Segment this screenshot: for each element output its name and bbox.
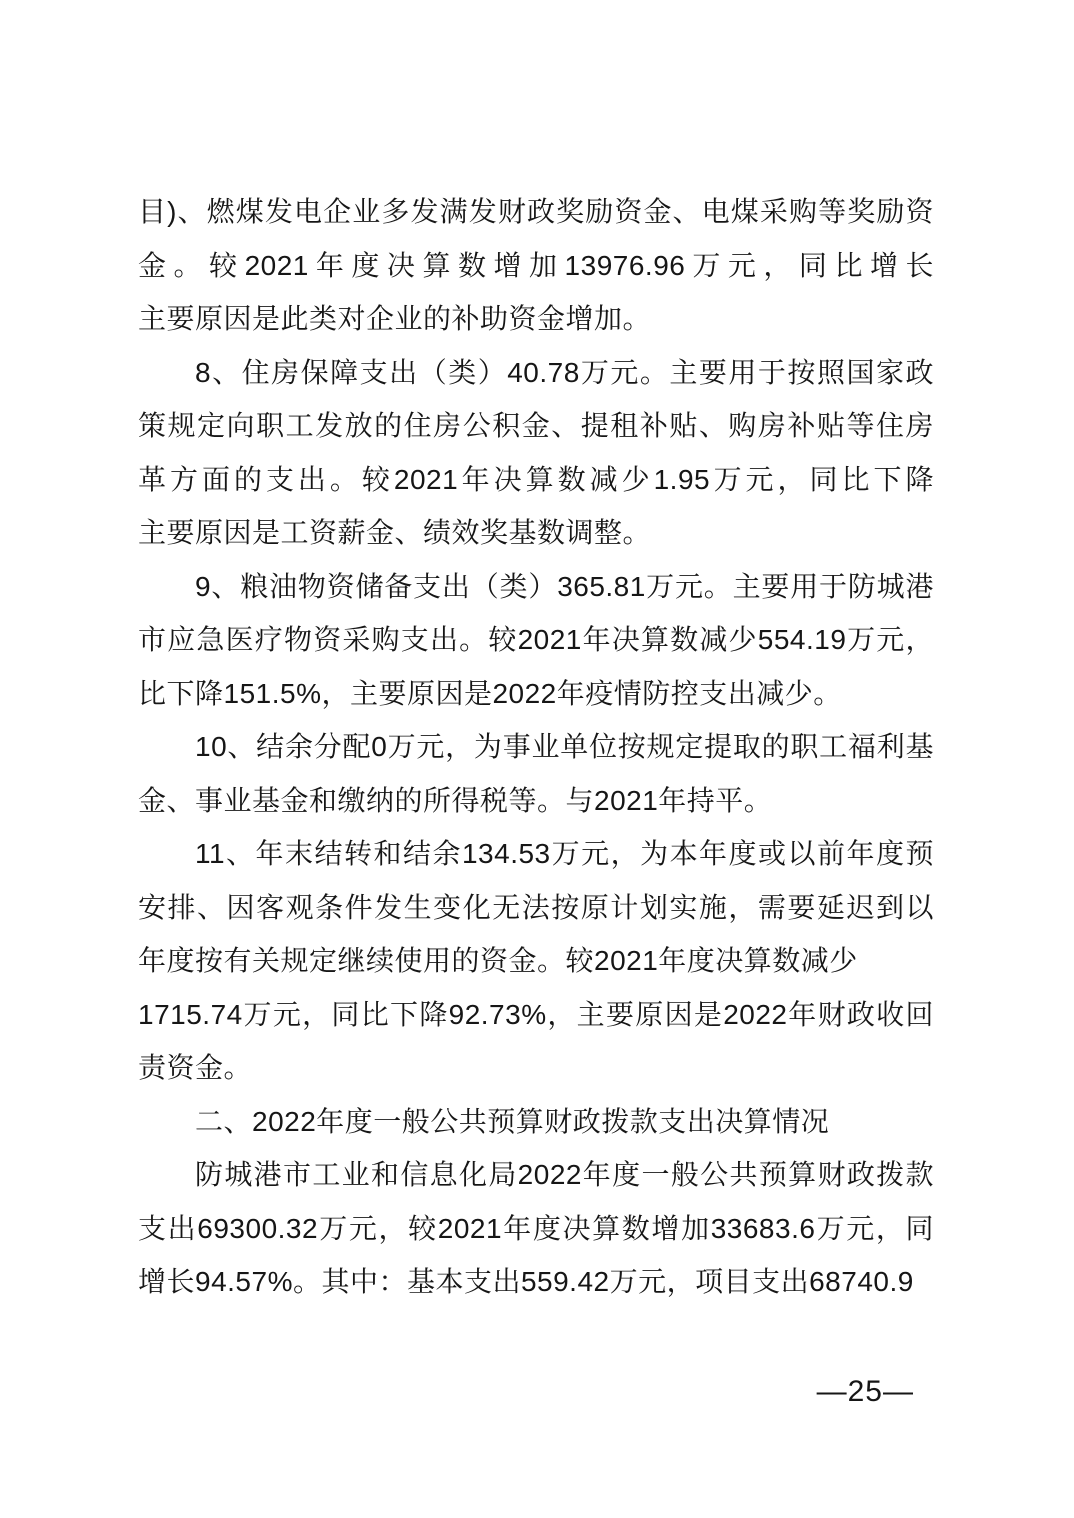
text-line: 责资金。 (138, 1041, 934, 1095)
text-line: 策规定向职工发放的住房公积金、提租补贴、购房补贴等住房改 (138, 399, 934, 453)
text-line: 11、年末结转和结余134.53万元，为本年度或以前年度预算 (138, 827, 934, 881)
text-line: 市应急医疗物资采购支出。较2021年决算数减少554.19万元，同 (138, 613, 934, 667)
text-line: 年度按有关规定继续使用的资金。较2021年度决算数减少 (138, 934, 934, 988)
text-line: 10、结余分配0万元，为事业单位按规定提取的职工福利基 (138, 720, 934, 774)
page-number: —25— (817, 1372, 914, 1412)
document-body: 目)、燃煤发电企业多发满发财政奖励资金、电煤采购等奖励资金。较2021年度决算数… (138, 185, 934, 1309)
text-line: 金、事业基金和缴纳的所得税等。与2021年持平。 (138, 774, 934, 828)
text-line: 金。较2021年度决算数增加13976.96万元，同比增长188.76%， (138, 239, 934, 293)
text-line: 1715.74万元，同比下降92.73%，主要原因是2022年财政收回权 (138, 988, 934, 1042)
text-line: 安排、因客观条件发生变化无法按原计划实施，需要延迟到以后 (138, 881, 934, 935)
text-line: 目)、燃煤发电企业多发满发财政奖励资金、电煤采购等奖励资 (138, 185, 934, 239)
text-line: 支出69300.32万元，较2021年度决算数增加33683.6万元，同比 (138, 1202, 934, 1256)
text-line: 防城港市工业和信息化局2022年度一般公共预算财政拨款 (138, 1148, 934, 1202)
text-line: 二、2022年度一般公共预算财政拨款支出决算情况 (138, 1095, 934, 1149)
text-line: 8、住房保障支出（类）40.78万元。主要用于按照国家政 (138, 346, 934, 400)
text-line: 主要原因是工资薪金、绩效奖基数调整。 (138, 506, 934, 560)
text-line: 主要原因是此类对企业的补助资金增加。 (138, 292, 934, 346)
text-line: 增长94.57%。其中：基本支出559.42万元，项目支出68740.9 (138, 1255, 934, 1309)
text-line: 9、粮油物资储备支出（类）365.81万元。主要用于防城港 (138, 560, 934, 614)
document-page: 目)、燃煤发电企业多发满发财政奖励资金、电煤采购等奖励资金。较2021年度决算数… (0, 0, 1074, 1518)
text-line: 比下降151.5%，主要原因是2022年疫情防控支出减少。 (138, 667, 934, 721)
text-line: 革方面的支出。较2021年决算数减少1.95万元，同比下降4.56%， (138, 453, 934, 507)
